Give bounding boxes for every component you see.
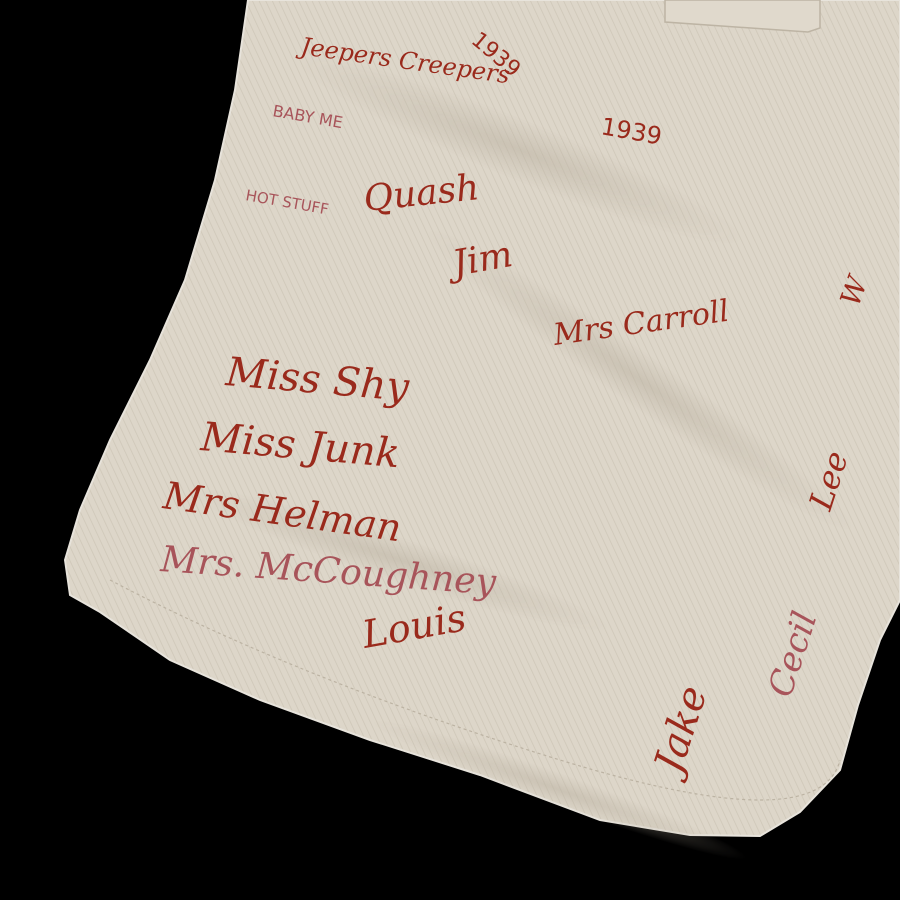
photo-stage: Jeepers Creepers1939BABY MEHOT STUFF1939… <box>0 0 900 900</box>
